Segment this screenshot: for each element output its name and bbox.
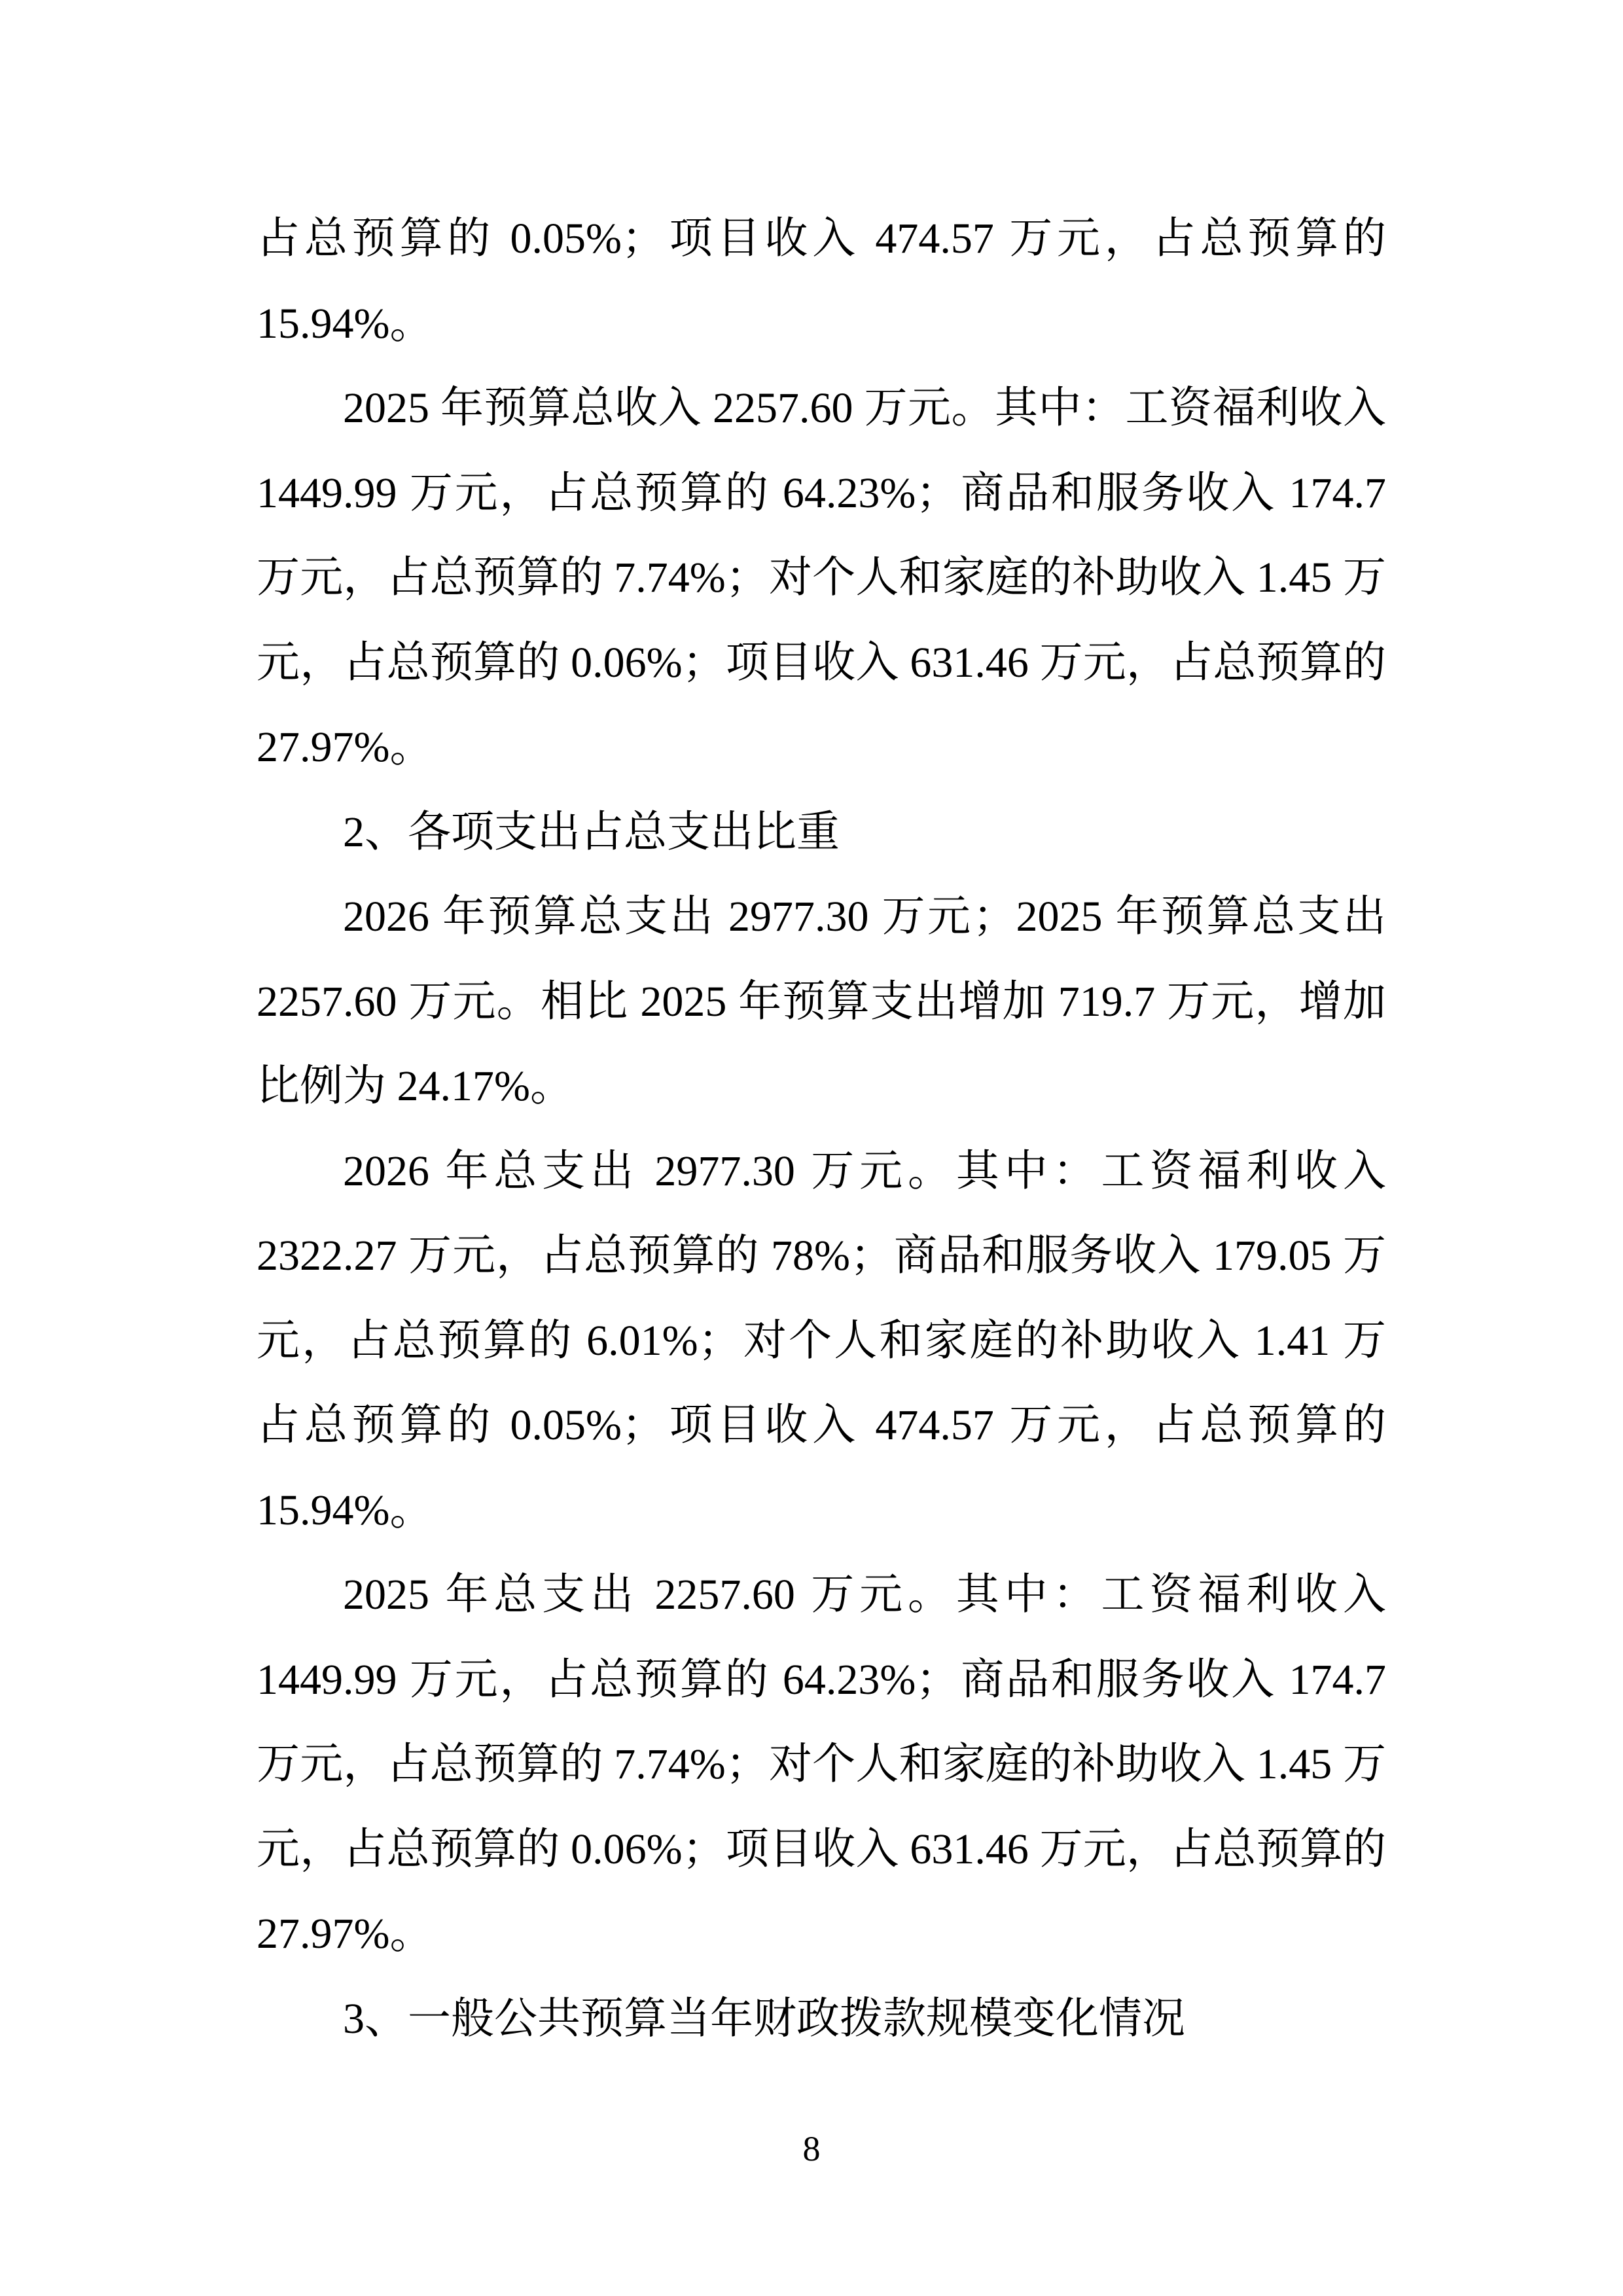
body-line: 15.94%。 [257,281,1386,367]
body-line: 15.94%。 [257,1468,1386,1553]
body-line: 27.97%。 [257,705,1386,790]
body-line: 占总预算的 0.05%；项目收入 474.57 万元，占总预算的 [257,1383,1386,1468]
body-line: 万元，占总预算的 7.74%；对个人和家庭的补助收入 1.45 万 [257,535,1386,620]
section-heading: 3、一般公共预算当年财政拨款规模变化情况 [257,1977,1386,2062]
body-line: 万元，占总预算的 7.74%；对个人和家庭的补助收入 1.45 万 [257,1722,1386,1807]
body-line: 2026 年总支出 2977.30 万元。其中：工资福利收入 [257,1129,1386,1214]
body-line: 2257.60 万元。相比 2025 年预算支出增加 719.7 万元，增加 [257,960,1386,1045]
body-line: 2322.27 万元，占总预算的 78%；商品和服务收入 179.05 万 [257,1213,1386,1299]
body-line: 2025 年总支出 2257.60 万元。其中：工资福利收入 [257,1552,1386,1638]
document-page: 占总预算的 0.05%；项目收入 474.57 万元，占总预算的 15.94%。… [0,0,1623,2296]
document-body: 占总预算的 0.05%；项目收入 474.57 万元，占总预算的 15.94%。… [257,196,1386,2061]
body-line: 2026 年预算总支出 2977.30 万元；2025 年预算总支出 [257,874,1386,960]
body-line: 比例为 24.17%。 [257,1044,1386,1129]
body-line: 元，占总预算的 0.06%；项目收入 631.46 万元，占总预算的 [257,620,1386,706]
page-number: 8 [0,2119,1623,2178]
body-line: 1449.99 万元，占总预算的 64.23%；商品和服务收入 174.7 [257,1638,1386,1723]
body-line: 元，占总预算的 0.06%；项目收入 631.46 万元，占总预算的 [257,1807,1386,1892]
body-line: 2025 年预算总收入 2257.60 万元。其中：工资福利收入 [257,366,1386,451]
section-heading: 2、各项支出占总支出比重 [257,790,1386,875]
body-line: 1449.99 万元，占总预算的 64.23%；商品和服务收入 174.7 [257,451,1386,536]
body-line: 占总预算的 0.05%；项目收入 474.57 万元，占总预算的 [257,196,1386,281]
body-line: 元，占总预算的 6.01%；对个人和家庭的补助收入 1.41 万元， [257,1299,1386,1384]
body-line: 27.97%。 [257,1892,1386,1977]
